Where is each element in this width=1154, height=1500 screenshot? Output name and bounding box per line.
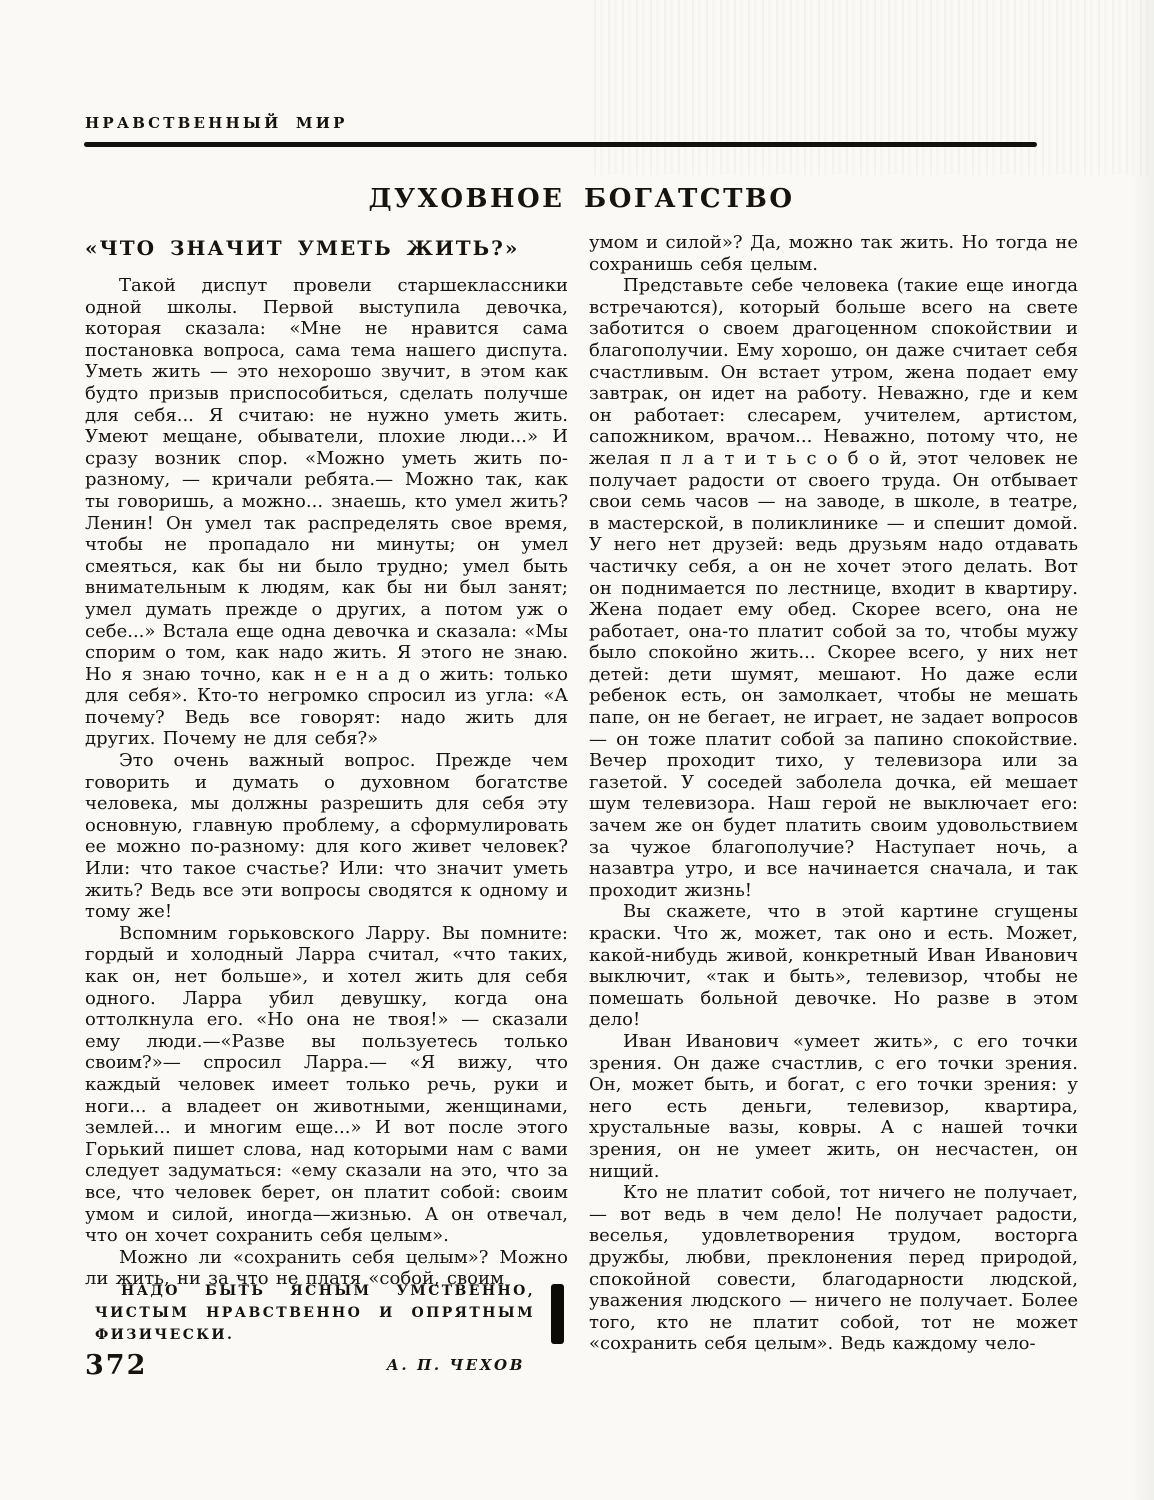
epigraph-attribution: А. П. ЧЕХОВ [95, 1356, 525, 1374]
paragraph: умом и силой»? Да, можно так жить. Но то… [589, 232, 1078, 275]
scan-noise-texture [594, 0, 1154, 175]
page-number: 372 [85, 1350, 147, 1381]
column-end-bar [551, 1284, 564, 1344]
paragraph: Представьте себе человека (такие еще ино… [589, 275, 1078, 901]
right-column-body: умом и силой»? Да, можно так жить. Но то… [589, 232, 1078, 1355]
running-head: НРАВСТВЕННЫЙ МИР [85, 114, 348, 132]
paragraph: Такой диспут провели старшеклассники одн… [85, 275, 568, 750]
epigraph-text: НАДО БЫТЬ ЯСНЫМ УМСТВЕННО, ЧИСТЫМ НРАВСТ… [95, 1280, 535, 1346]
epigraph: НАДО БЫТЬ ЯСНЫМ УМСТВЕННО, ЧИСТЫМ НРАВСТ… [95, 1280, 535, 1374]
paragraph: Это очень важный вопрос. Прежде чем гово… [85, 750, 568, 923]
paragraph: Кто не платит собой, тот ничего не получ… [589, 1182, 1078, 1355]
header-rule [84, 142, 1037, 147]
right-column: умом и силой»? Да, можно так жить. Но то… [589, 232, 1078, 1355]
scan-edge-shadow [1132, 0, 1154, 1500]
paragraph: Вспомним горьковского Ларру. Вы помните:… [85, 923, 568, 1247]
left-column: «ЧТО ЗНАЧИТ УМЕТЬ ЖИТЬ?» Такой диспут пр… [85, 232, 568, 1355]
left-column-body: Такой диспут провели старшеклассники одн… [85, 275, 568, 1290]
paragraph: Вы скажете, что в этой картине сгущены к… [589, 901, 1078, 1031]
text-columns: «ЧТО ЗНАЧИТ УМЕТЬ ЖИТЬ?» Такой диспут пр… [85, 232, 1078, 1355]
section-heading: «ЧТО ЗНАЧИТ УМЕТЬ ЖИТЬ?» [85, 236, 568, 260]
book-page: НРАВСТВЕННЫЙ МИР ДУХОВНОЕ БОГАТСТВО «ЧТО… [0, 0, 1154, 1500]
paragraph: Иван Иванович «умеет жить», с его точки … [589, 1031, 1078, 1182]
article-title: ДУХОВНОЕ БОГАТСТВО [85, 184, 1078, 214]
